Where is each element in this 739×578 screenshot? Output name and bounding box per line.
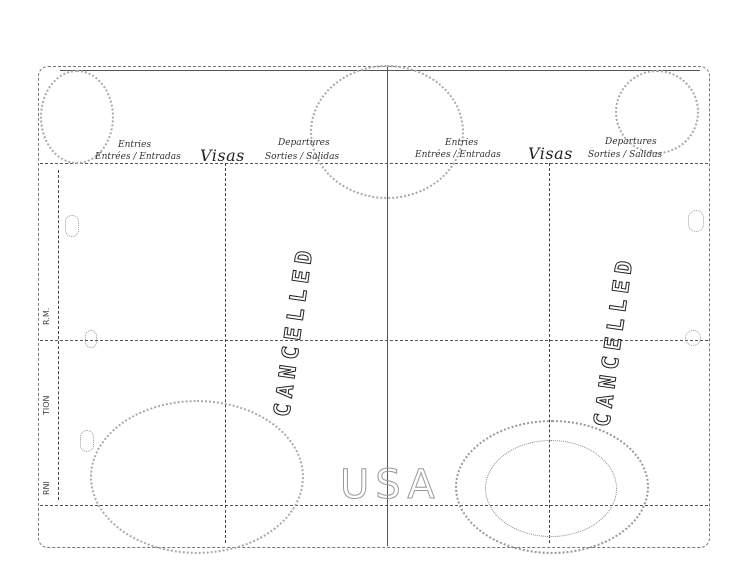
entries-label-right: Entries [445,138,478,148]
usa-background-text: USA [340,462,441,508]
departures-label-left: Departures [278,138,330,148]
entries-label-left: Entries [118,140,151,150]
punch-mark [65,215,79,237]
punch-mark [688,210,704,232]
embossed-seal-inner [485,440,617,537]
departures-label-right: Departures [605,137,657,147]
margin-label-rm: R.M. [42,308,51,325]
left-margin-line [58,170,59,500]
punch-mark [80,430,94,452]
margin-label-tion: TION [42,395,51,415]
punch-mark [685,330,701,346]
departures-translation-left: Sorties / Salidas [265,152,339,162]
faded-stamp-mid-left [90,400,304,554]
punch-mark [85,330,97,348]
faded-stamp-top-left [40,70,114,164]
entries-translation-left: Entrées / Entradas [95,152,181,162]
faded-stamp-top-center [310,65,464,199]
entries-translation-right: Entrées / Entradas [415,150,501,160]
visas-title-left: Visas [200,146,245,165]
margin-label-rni: RNI [42,481,51,495]
visas-title-right: Visas [528,144,573,163]
departures-translation-right: Sorties / Salidas [588,150,662,160]
